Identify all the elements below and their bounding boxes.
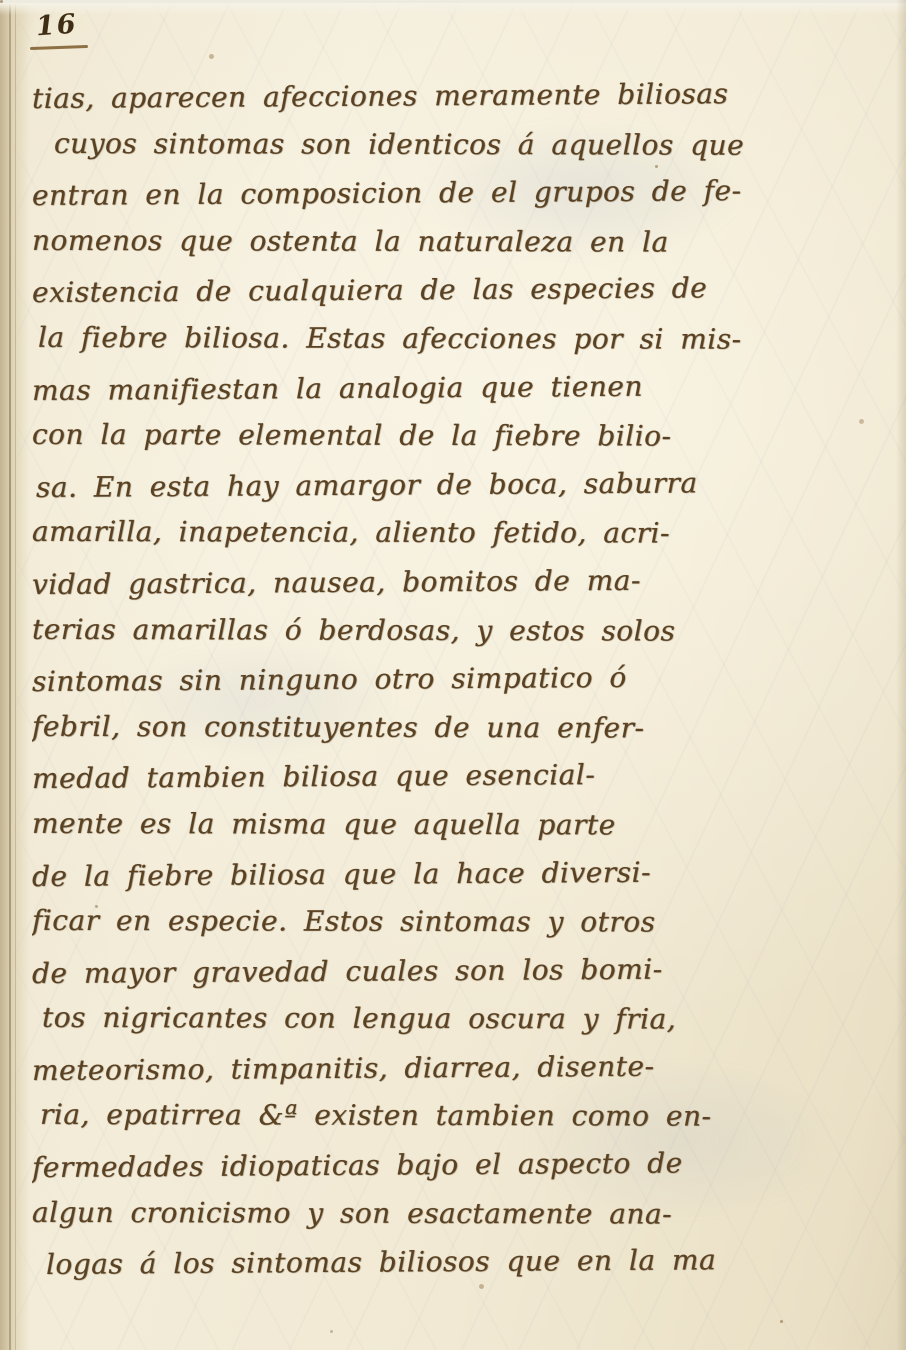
text-line: mente es la misma que aquella parte [32, 800, 906, 851]
page-number: 16 [35, 9, 79, 43]
text-line: de mayor gravedad cuales son los bomi- [32, 944, 906, 999]
text-line: ria, epatirrea &ª existen tambien como e… [32, 1091, 906, 1142]
text-line: vidad gastrica, nausea, bomitos de ma- [32, 555, 906, 610]
text-line: febril, son constituyentes de una enfer- [32, 703, 906, 754]
manuscript-page: 16 tias, aparecen afecciones meramente b… [0, 0, 906, 1350]
text-line: la fiebre biliosa. Estas afecciones por … [32, 314, 906, 365]
text-line: fermedades idiopaticas bajo el aspecto d… [32, 1138, 906, 1193]
ink-specks [0, 0, 3, 3]
binding-fold-line [15, 0, 16, 1350]
text-line: entran en la composicion de el grupos de… [32, 166, 906, 221]
text-line: existencia de cualquiera de las especies… [32, 263, 906, 318]
text-line: amarilla, inapetencia, aliento fetido, a… [32, 508, 906, 559]
text-line: terias amarillas ó berdosas, y estos sol… [32, 605, 906, 656]
text-line: con la parte elemental de la fiebre bili… [32, 411, 906, 462]
scan-top-edge [0, 0, 906, 15]
text-line: nomenos que ostenta la naturaleza en la [32, 217, 906, 268]
text-line: tias, aparecen afecciones meramente bili… [32, 72, 906, 124]
text-line: medad tambien biliosa que esencial- [32, 749, 906, 804]
text-line: algun cronicismo y son esactamente ana- [32, 1189, 906, 1240]
text-line: ficar en especie. Estos sintomas y otros [32, 897, 906, 948]
text-line: sintomas sin ninguno otro simpatico ó [32, 652, 906, 707]
text-line: mas manifiestan la analogia que tienen [32, 361, 906, 416]
text-line: meteorismo, timpanitis, diarrea, disente… [32, 1041, 906, 1096]
text-line: sa. En esta hay amargor de boca, saburra [32, 458, 906, 513]
page-number-underline [30, 45, 88, 50]
text-line: cuyos sintomas son identicos á aquellos … [32, 119, 906, 170]
binding-fold-line [9, 0, 11, 1350]
text-line: tos nigricantes con lengua oscura y fria… [32, 994, 906, 1045]
manuscript-text: tias, aparecen afecciones meramente bili… [32, 72, 906, 1350]
text-line: logas á los sintomas biliosos que en la … [32, 1235, 906, 1290]
text-line: de la fiebre biliosa que la hace diversi… [32, 846, 906, 901]
